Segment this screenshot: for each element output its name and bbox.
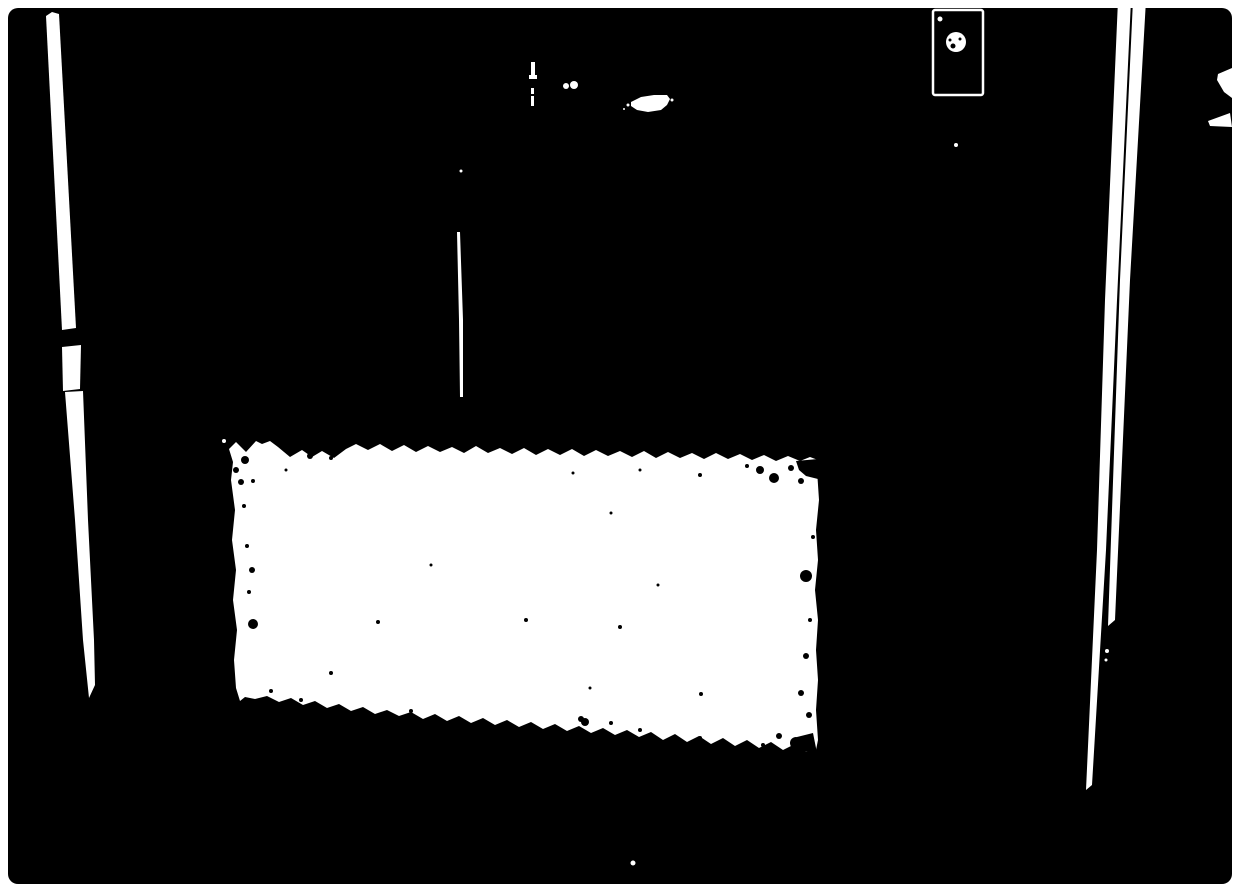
binarized-photo-figure [0, 0, 1240, 892]
panel-speckles-top-edge-dot [285, 469, 288, 472]
tag-plate-knob-holes-dot [949, 39, 952, 42]
flame-wedge-sparks-dot [671, 99, 674, 102]
panel-speckles-left-edge-dot [245, 544, 249, 548]
bottom-isolated-dot [631, 861, 636, 866]
top-rod-dash-1 [531, 62, 535, 75]
panel-speckles-top-edge-dot [639, 469, 642, 472]
panel-speckles-bottom-edge-dot [638, 728, 642, 732]
mid-air-speck [460, 170, 463, 173]
panel-speckles-left-edge-dot [251, 479, 255, 483]
panel-speckles-right-edge-dot [803, 653, 809, 659]
panel-speckles-left-edge-dot [249, 567, 255, 573]
panel-speckles-top-edge-dot [572, 472, 575, 475]
panel-speckles-right-edge-dot [745, 464, 749, 468]
tag-plate-knob-holes-dot [959, 38, 962, 41]
flame-wedge-sparks-dot [623, 108, 625, 110]
panel-speckles-interior-dot [589, 687, 592, 690]
panel-speckles-interior-dot [430, 564, 433, 567]
panel-speckles-right-edge-dot [769, 473, 779, 483]
panel-speckles-right-edge-dot [790, 737, 802, 749]
panel-outside-speck [222, 439, 226, 443]
photo-black-field [8, 8, 1232, 884]
panel-speckles-left-edge-dot [248, 619, 258, 629]
panel-speckles-top-edge-dot [307, 453, 313, 459]
panel-speckles-right-edge-dot [811, 535, 815, 539]
nozzle-blob-left [563, 83, 569, 89]
panel-speckles-left-edge-dot [238, 479, 244, 485]
panel-speckles-right-edge-dot [798, 690, 804, 696]
panel-speckles-interior-dot [657, 584, 660, 587]
panel-speckles-left-edge-dot [233, 467, 239, 473]
panel-speckles-right-edge-dot [756, 466, 764, 474]
panel-speckles-left-edge-dot [247, 590, 251, 594]
panel-speckles-bottom-edge-dot [609, 721, 613, 725]
left-pole-bright-block [62, 345, 81, 391]
panel-speckles-interior-dot [524, 618, 528, 622]
panel-speckles-bottom-edge-dot [698, 736, 702, 740]
panel-speckles-right-edge-dot [798, 478, 804, 484]
panel-speckles-top-edge-dot [329, 456, 333, 460]
panel-speckles-interior-dot [376, 620, 380, 624]
panel-speckles-right-edge-dot [800, 570, 812, 582]
panel-speckles-interior-dot [699, 692, 703, 696]
panel-speckles-bottom-edge-dot [329, 671, 333, 675]
flame-wedge-sparks-dot [627, 104, 630, 107]
tag-below-speck [954, 143, 958, 147]
panel-speckles-bottom-edge-dot [299, 698, 303, 702]
right-stripe-end-specks-dot [1105, 659, 1108, 662]
panel-speckles-bottom-edge-dot [409, 709, 413, 713]
binarized-photo-canvas [0, 0, 1240, 892]
nozzle-blob-right [570, 81, 578, 89]
panel-speckles-bottom-edge-dot [581, 718, 589, 726]
top-rod-dash-2 [531, 88, 534, 94]
top-rod-flange [529, 75, 537, 79]
panel-speckles-interior-dot [618, 625, 622, 629]
panel-speckles-top-edge-dot [698, 473, 702, 477]
panel-speckles-right-edge-dot [761, 743, 765, 747]
panel-speckles-right-edge-dot [776, 733, 782, 739]
panel-speckles-left-edge-dot [242, 504, 246, 508]
panel-speckles-right-edge-dot [788, 465, 794, 471]
panel-speckles-left-edge-dot [241, 456, 249, 464]
tag-plate-knob [946, 32, 966, 52]
right-stripe-end-specks-dot [1105, 649, 1109, 653]
tag-plate-knob-holes-dot [951, 44, 956, 49]
top-rod-dash-3 [531, 96, 534, 106]
panel-speckles-right-edge-dot [806, 712, 812, 718]
panel-speckles-interior-dot [610, 512, 613, 515]
panel-speckles-bottom-edge-dot [269, 689, 273, 693]
tag-plate-corner-dot [938, 17, 943, 22]
panel-speckles-right-edge-dot [808, 618, 812, 622]
